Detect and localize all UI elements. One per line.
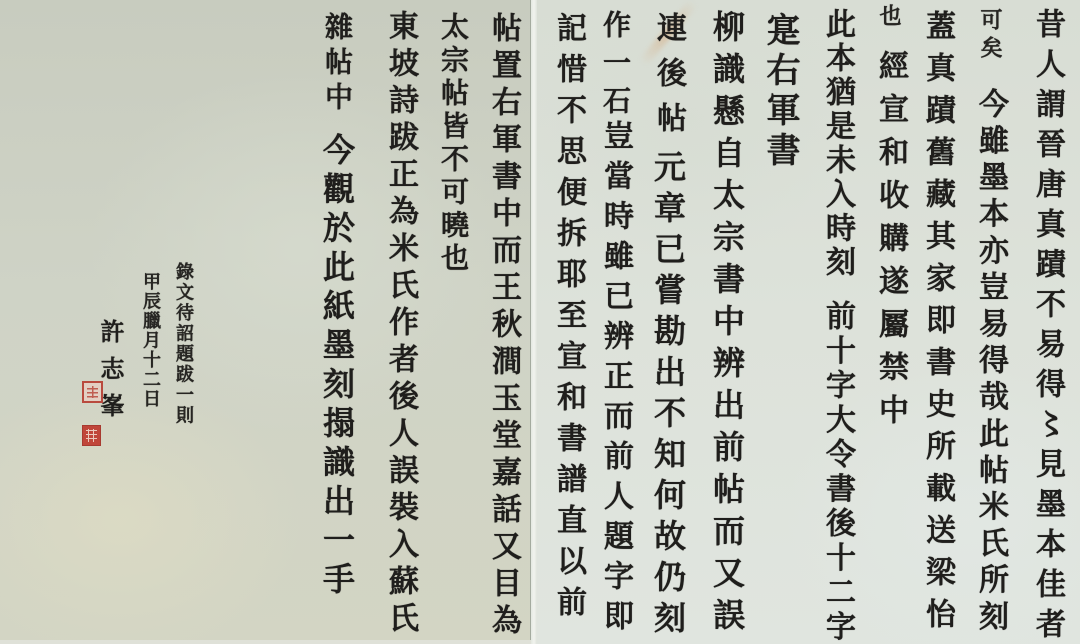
text-column-11: 帖置右軍書中而王秋澗玉堂嘉話又目為 xyxy=(488,12,518,641)
text-column-3: 蓋真蹟舊藏其家即書史所載送梁怡 xyxy=(922,10,952,640)
text-column-2: 今雖墨本亦豈易得哉此帖米氏所刻 xyxy=(975,88,1005,637)
text-column-10: 記惜不思便拆耶至宣和書譜直以前 xyxy=(553,12,583,627)
text-column-13: 東坡詩跋正為米氏作者後人誤裝入蘇氏 xyxy=(385,10,415,639)
text-column-1: 昔人謂晉唐真蹟不易得〻見墨本佳者 xyxy=(1032,8,1062,644)
text-column-14-upper: 雜帖中 xyxy=(323,12,351,117)
text-column-5-upper: 此本猶是未入時刻 xyxy=(822,8,852,280)
text-column-4-head: 也 xyxy=(878,4,900,26)
text-column-8-upper: 連後帖 xyxy=(653,12,683,147)
text-column-4: 經宣和收購遂屬禁中 xyxy=(875,50,905,437)
text-column-12: 太宗帖皆不可曉也 xyxy=(439,12,467,276)
text-column-9-upper: 作一石 xyxy=(601,10,629,124)
inscription-date: 甲辰臘月十二日 xyxy=(141,272,159,409)
text-column-14-lower: 今觀於此紙墨刻搨識出一手 xyxy=(321,133,353,601)
inscription-title: 錄文待詔題跋一則 xyxy=(174,262,192,426)
text-column-6: 寔右軍書 xyxy=(763,12,797,172)
text-column-5-lower: 前十字大令書後十二字 xyxy=(822,300,852,644)
text-column-8-lower: 元章已嘗勘出不知何故仍刻 xyxy=(652,150,684,642)
text-column-2-head: 可矣 xyxy=(979,8,1001,64)
text-column-7: 柳識懸自太宗書中辨出前帖而又誤 xyxy=(711,10,743,640)
red-seal-intaglio-icon xyxy=(82,425,101,446)
text-column-9-lower: 豈當時雖已辨正而前人題字即 xyxy=(600,120,630,640)
seal-glyph xyxy=(86,429,97,442)
red-seal-relief-icon xyxy=(82,381,103,403)
paper-bottom-edge xyxy=(0,640,531,644)
mounting-seam xyxy=(531,0,537,644)
artist-signature: 許志峯 xyxy=(98,319,122,430)
seal-glyph xyxy=(87,386,98,398)
